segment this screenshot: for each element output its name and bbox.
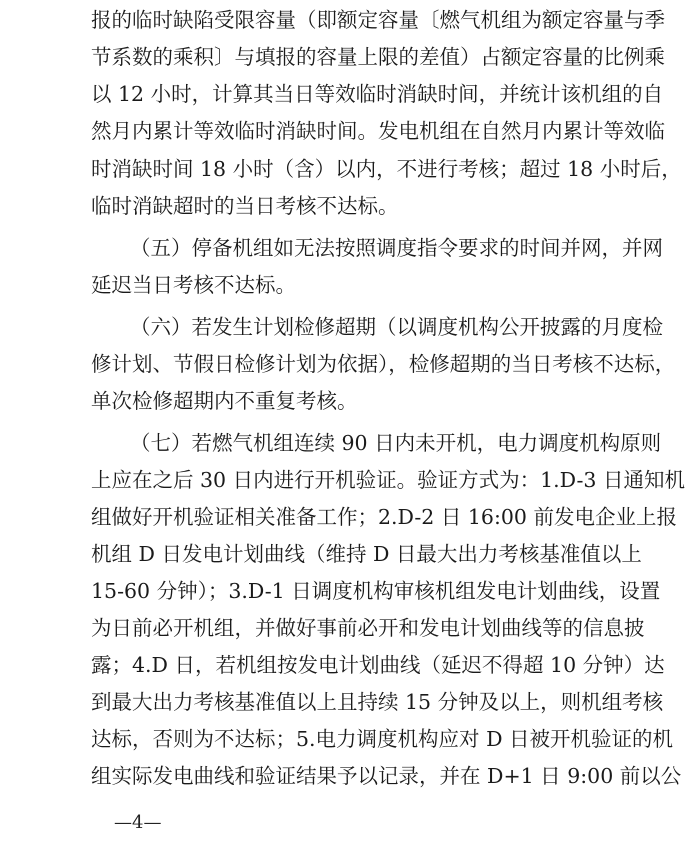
text-line: （五）停备机组如无法按照调度指令要求的时间并网，并网 [130, 236, 617, 260]
text-line: 达标，否则为不达标；5.电力调度机构应对 D 日被开机验证的机 [91, 727, 617, 751]
text-line: 单次检修超期内不重复考核。 [91, 389, 617, 413]
text-line: 以 12 小时，计算其当日等效临时消缺时间，并统计该机组的自 [91, 82, 617, 106]
text-line: 机组 D 日发电计划曲线（维持 D 日最大出力考核基准值以上 [91, 542, 617, 566]
text-line: 临时消缺超时的当日考核不达标。 [91, 194, 617, 218]
text-line: 修计划、节假日检修计划为依据），检修超期的当日考核不达标， [91, 352, 617, 376]
text-line: 节系数的乘积〕与填报的容量上限的差值）占额定容量的比例乘 [91, 45, 617, 69]
text-line: 组实际发电曲线和验证结果予以记录，并在 D+1 日 9:00 前以公 [91, 764, 617, 788]
text-line: 然月内累计等效临时消缺时间。发电机组在自然月内累计等效临 [91, 119, 617, 143]
text-line: 15-60 分钟）；3.D-1 日调度机构审核机组发电计划曲线，设置 [91, 579, 617, 603]
document-page: 报的临时缺陷受限容量（即额定容量〔燃气机组为额定容量与季节系数的乘积〕与填报的容… [0, 0, 688, 859]
text-line: 时消缺时间 18 小时（含）以内，不进行考核；超过 18 小时后， [91, 157, 617, 181]
text-line: 为日前必开机组，并做好事前必开和发电计划曲线等的信息披 [91, 616, 617, 640]
text-line: 到最大出力考核基准值以上且持续 15 分钟及以上，则机组考核 [91, 690, 617, 714]
text-line: 露；4.D 日，若机组按发电计划曲线（延迟不得超 10 分钟）达 [91, 653, 617, 677]
text-line: 组做好开机验证相关准备工作；2.D-2 日 16:00 前发电企业上报 [91, 505, 617, 529]
text-line: 延迟当日考核不达标。 [91, 273, 617, 297]
text-line: 上应在之后 30 日内进行开机验证。验证方式为：1.D-3 日通知机 [91, 468, 617, 492]
text-line: （七）若燃气机组连续 90 日内未开机，电力调度机构原则 [130, 431, 617, 455]
text-line: 报的临时缺陷受限容量（即额定容量〔燃气机组为额定容量与季 [91, 8, 617, 32]
text-line: （六）若发生计划检修超期（以调度机构公开披露的月度检 [130, 315, 617, 339]
page-number: —4— [114, 812, 161, 834]
